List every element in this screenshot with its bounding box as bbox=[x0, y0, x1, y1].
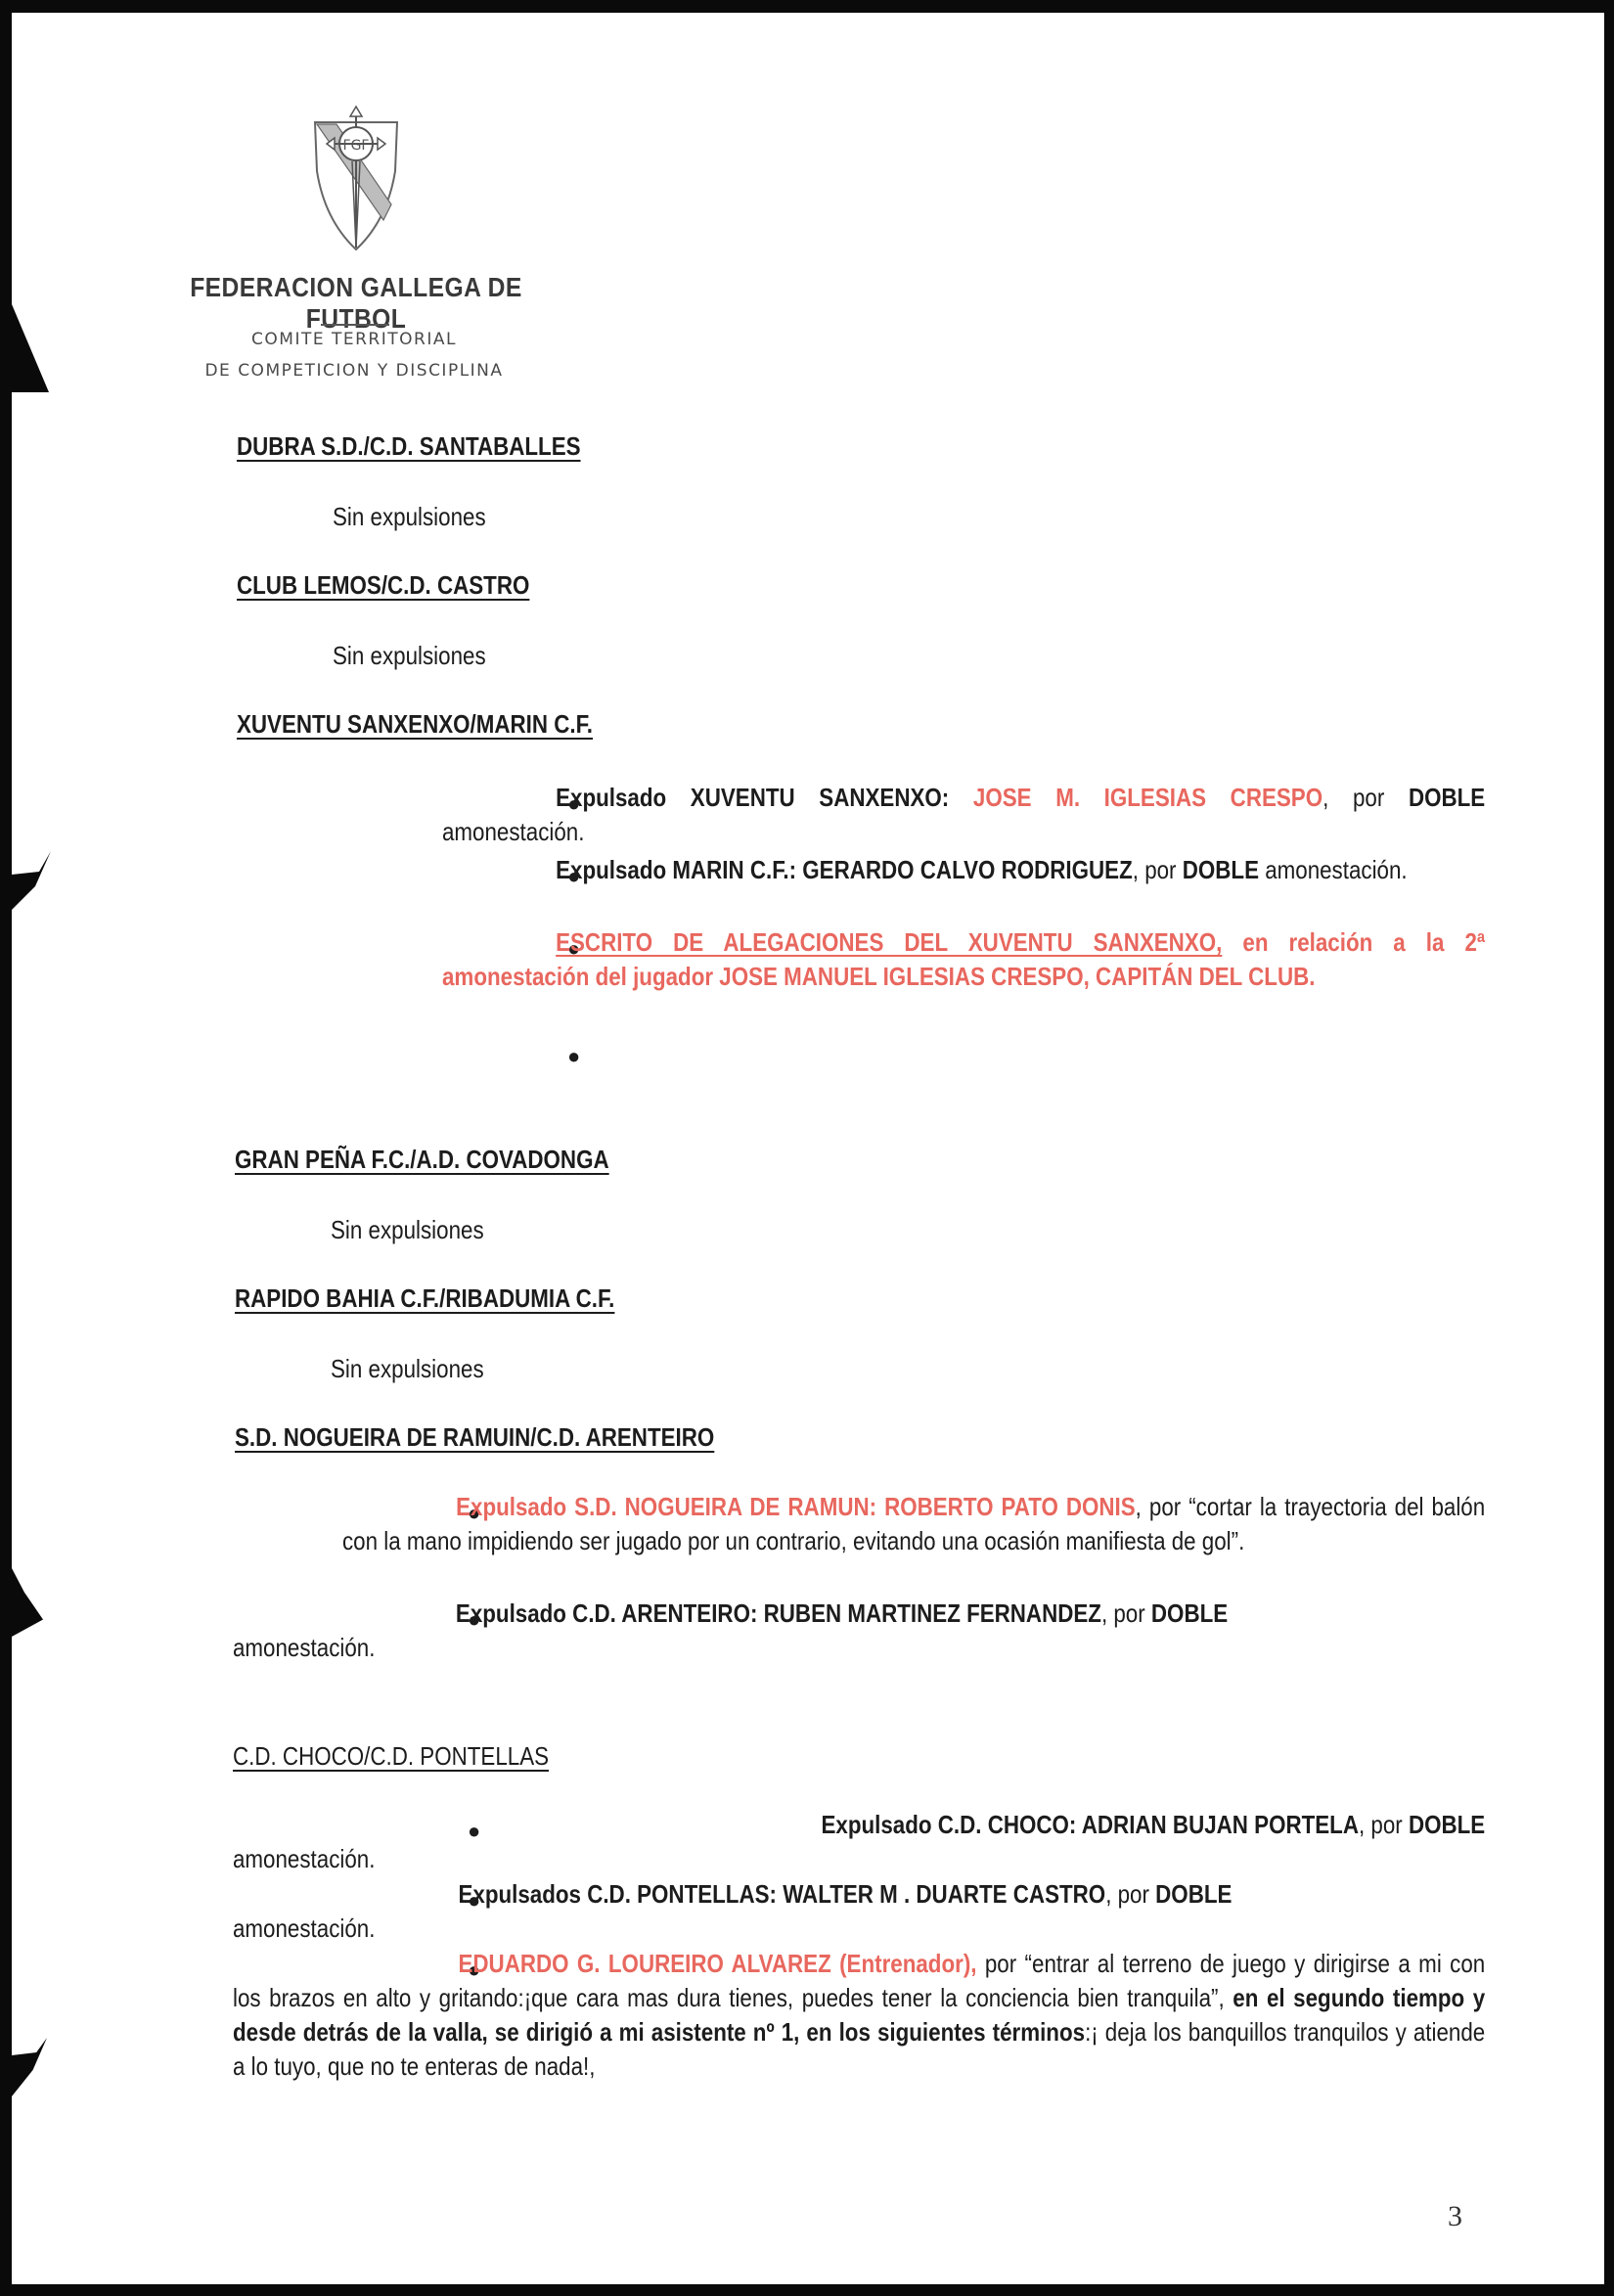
fgf-shield-logo-icon: FGF bbox=[297, 103, 415, 259]
sanction-item: Expulsado S.D. NOGUEIRA DE RAMUN: ROBERT… bbox=[342, 1490, 1485, 1558]
allegation-item: ESCRITO DE ALEGACIONES DEL XUVENTU SANXE… bbox=[442, 925, 1485, 994]
sanction-item: Expulsado C.D. CHOCO: ADRIAN BUJAN PORTE… bbox=[233, 1808, 1485, 1876]
match-note: Sin expulsiones bbox=[331, 1215, 484, 1245]
scan-artifact bbox=[12, 2038, 47, 2096]
sanction-item: Expulsados C.D. PONTELLAS: WALTER M . DU… bbox=[233, 1877, 1485, 1946]
svg-text:FGF: FGF bbox=[343, 138, 370, 154]
match-heading: RAPIDO BAHIA C.F./RIBADUMIA C.F. bbox=[235, 1283, 614, 1314]
player-name: JOSE M. IGLESIAS CRESPO bbox=[973, 783, 1323, 812]
coach-name: EDUARDO G. LOUREIRO ALVAREZ (Entrenador)… bbox=[458, 1949, 976, 1978]
match-note: Sin expulsiones bbox=[333, 502, 486, 532]
match-heading: S.D. NOGUEIRA DE RAMUIN/C.D. ARENTEIRO bbox=[235, 1422, 714, 1453]
player-name: Expulsado S.D. NOGUEIRA DE RAMUN: ROBERT… bbox=[456, 1492, 1136, 1521]
bullet-icon: ● bbox=[567, 1044, 580, 1069]
sanction-item: Expulsado MARIN C.F.: GERARDO CALVO RODR… bbox=[442, 853, 1485, 887]
match-note: Sin expulsiones bbox=[331, 1354, 484, 1384]
match-note: Sin expulsiones bbox=[333, 641, 486, 671]
match-heading: XUVENTU SANXENXO/MARIN C.F. bbox=[237, 709, 593, 740]
scan-artifact bbox=[12, 304, 49, 392]
committee-name-line2: DE COMPETICION Y DISCIPLINA bbox=[110, 361, 599, 381]
match-heading: GRAN PEÑA F.C./A.D. COVADONGA bbox=[235, 1145, 609, 1175]
match-heading: C.D. CHOCO/C.D. PONTELLAS bbox=[233, 1741, 549, 1772]
document-page: FGF FEDERACION GALLEGA DE FUTBOL COMITE … bbox=[12, 13, 1604, 2284]
allegation-link[interactable]: ESCRITO DE ALEGACIONES DEL XUVENTU SANXE… bbox=[556, 927, 1222, 957]
match-heading: DUBRA S.D./C.D. SANTABALLES bbox=[237, 431, 581, 462]
sanction-item: Expulsado XUVENTU SANXENXO: JOSE M. IGLE… bbox=[442, 781, 1485, 849]
committee-name-line1: COMITE TERRITORIAL bbox=[110, 330, 599, 349]
scan-artifact bbox=[12, 851, 51, 910]
sanction-item: Expulsado C.D. ARENTEIRO: RUBEN MARTINEZ… bbox=[233, 1597, 1485, 1665]
match-heading: CLUB LEMOS/C.D. CASTRO bbox=[237, 570, 529, 601]
page-number: 3 bbox=[1448, 2200, 1462, 2233]
sanction-item: EDUARDO G. LOUREIRO ALVAREZ (Entrenador)… bbox=[233, 1947, 1485, 2084]
header-divider bbox=[321, 324, 389, 326]
scan-artifact bbox=[12, 1568, 43, 1637]
